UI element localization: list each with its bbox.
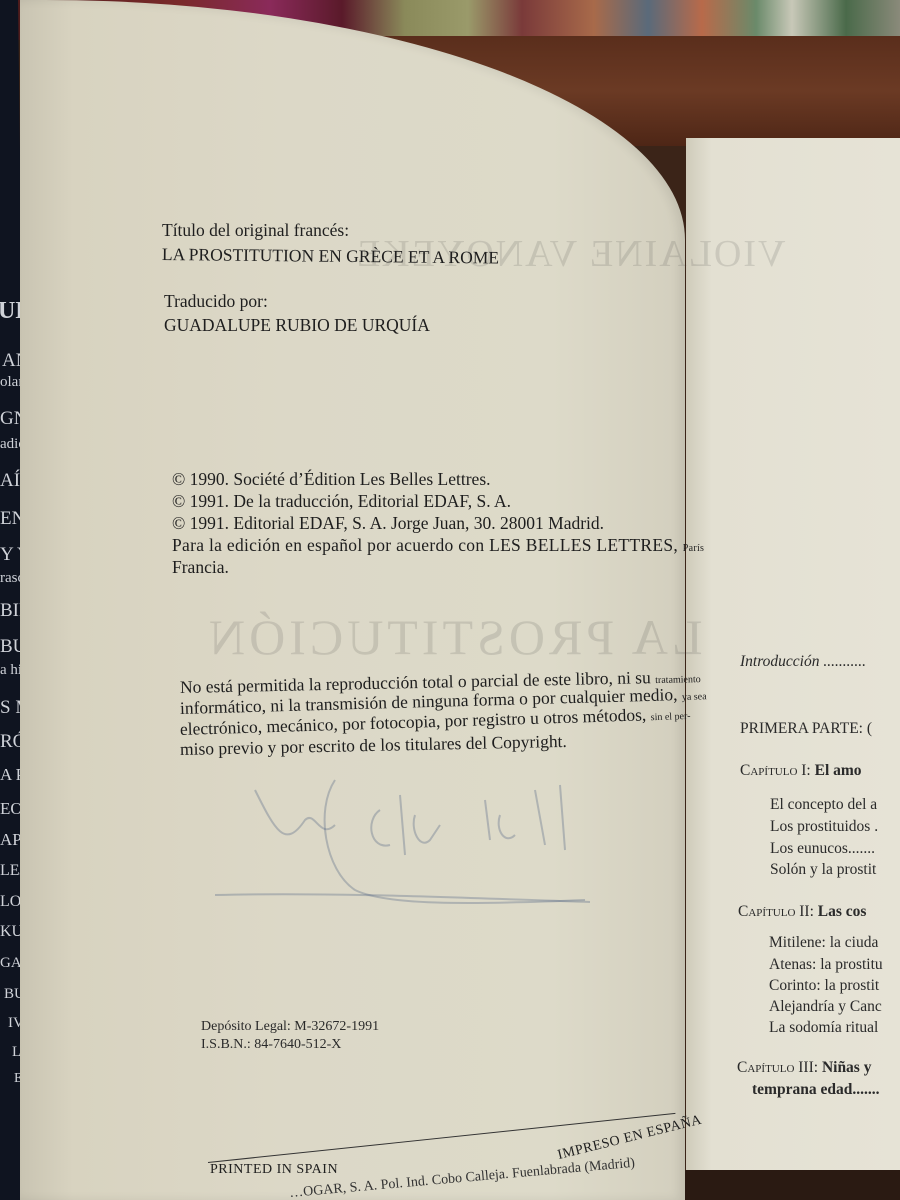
toc-item: Solón y la prostit [770, 861, 876, 879]
toc-chapter-2: Capítulo II: Las cos [738, 903, 866, 921]
toc-item: Alejandría y Canc [769, 998, 882, 1016]
toc-item: Corinto: la prostit [769, 977, 879, 995]
toc-part-1: PRIMERA PARTE: ( [740, 720, 872, 738]
printed-in-spain: PRINTED IN SPAIN [210, 1162, 338, 1178]
toc-item: Los prostituidos . [770, 818, 878, 836]
handwritten-signature [215, 770, 595, 920]
table-shadow [680, 1170, 900, 1200]
copyright-line: © 1991. Editorial EDAF, S. A. Jorge Juan… [172, 512, 604, 534]
toc-chapter-3: Capítulo III: Niñas y [737, 1059, 871, 1077]
copyright-line: © 1990. Société d’Édition Les Belles Let… [172, 468, 491, 490]
toc-item: La sodomía ritual [769, 1019, 878, 1037]
toc-item: El concepto del a [770, 796, 877, 814]
translator-label: Traducido por: [164, 290, 268, 312]
toc-chapter-3-cont: temprana edad....... [752, 1081, 879, 1099]
agreement-line-2: Francia. [172, 556, 229, 578]
agreement-tail: París [683, 543, 705, 554]
toc-item: Los eunucos....... [770, 840, 875, 858]
agreement-text: Para la edición en español por acuerdo c… [172, 535, 678, 555]
toc-item: Atenas: la prostitu [769, 956, 883, 974]
original-title-label: Título del original francés: [162, 219, 349, 241]
agreement-line: Para la edición en español por acuerdo c… [172, 534, 704, 560]
show-through-title: LA PROSTITUCIÓN [205, 608, 703, 666]
deposito-legal: Depósito Legal: M-32672-1991 [201, 1018, 379, 1036]
toc-item: Mitilene: la ciuda [769, 934, 878, 952]
toc-introduction: Introducción ........... [740, 653, 866, 671]
translator-name: GUADALUPE RUBIO DE URQUÍA [164, 314, 430, 336]
copyright-line: © 1991. De la traducción, Editorial EDAF… [172, 490, 511, 512]
isbn: I.S.B.N.: 84-7640-512-X [201, 1036, 341, 1054]
toc-chapter-1: Capítulo I: El amo [740, 762, 862, 780]
original-title: LA PROSTITUTION EN GRÈCE ET A ROME [162, 243, 499, 269]
